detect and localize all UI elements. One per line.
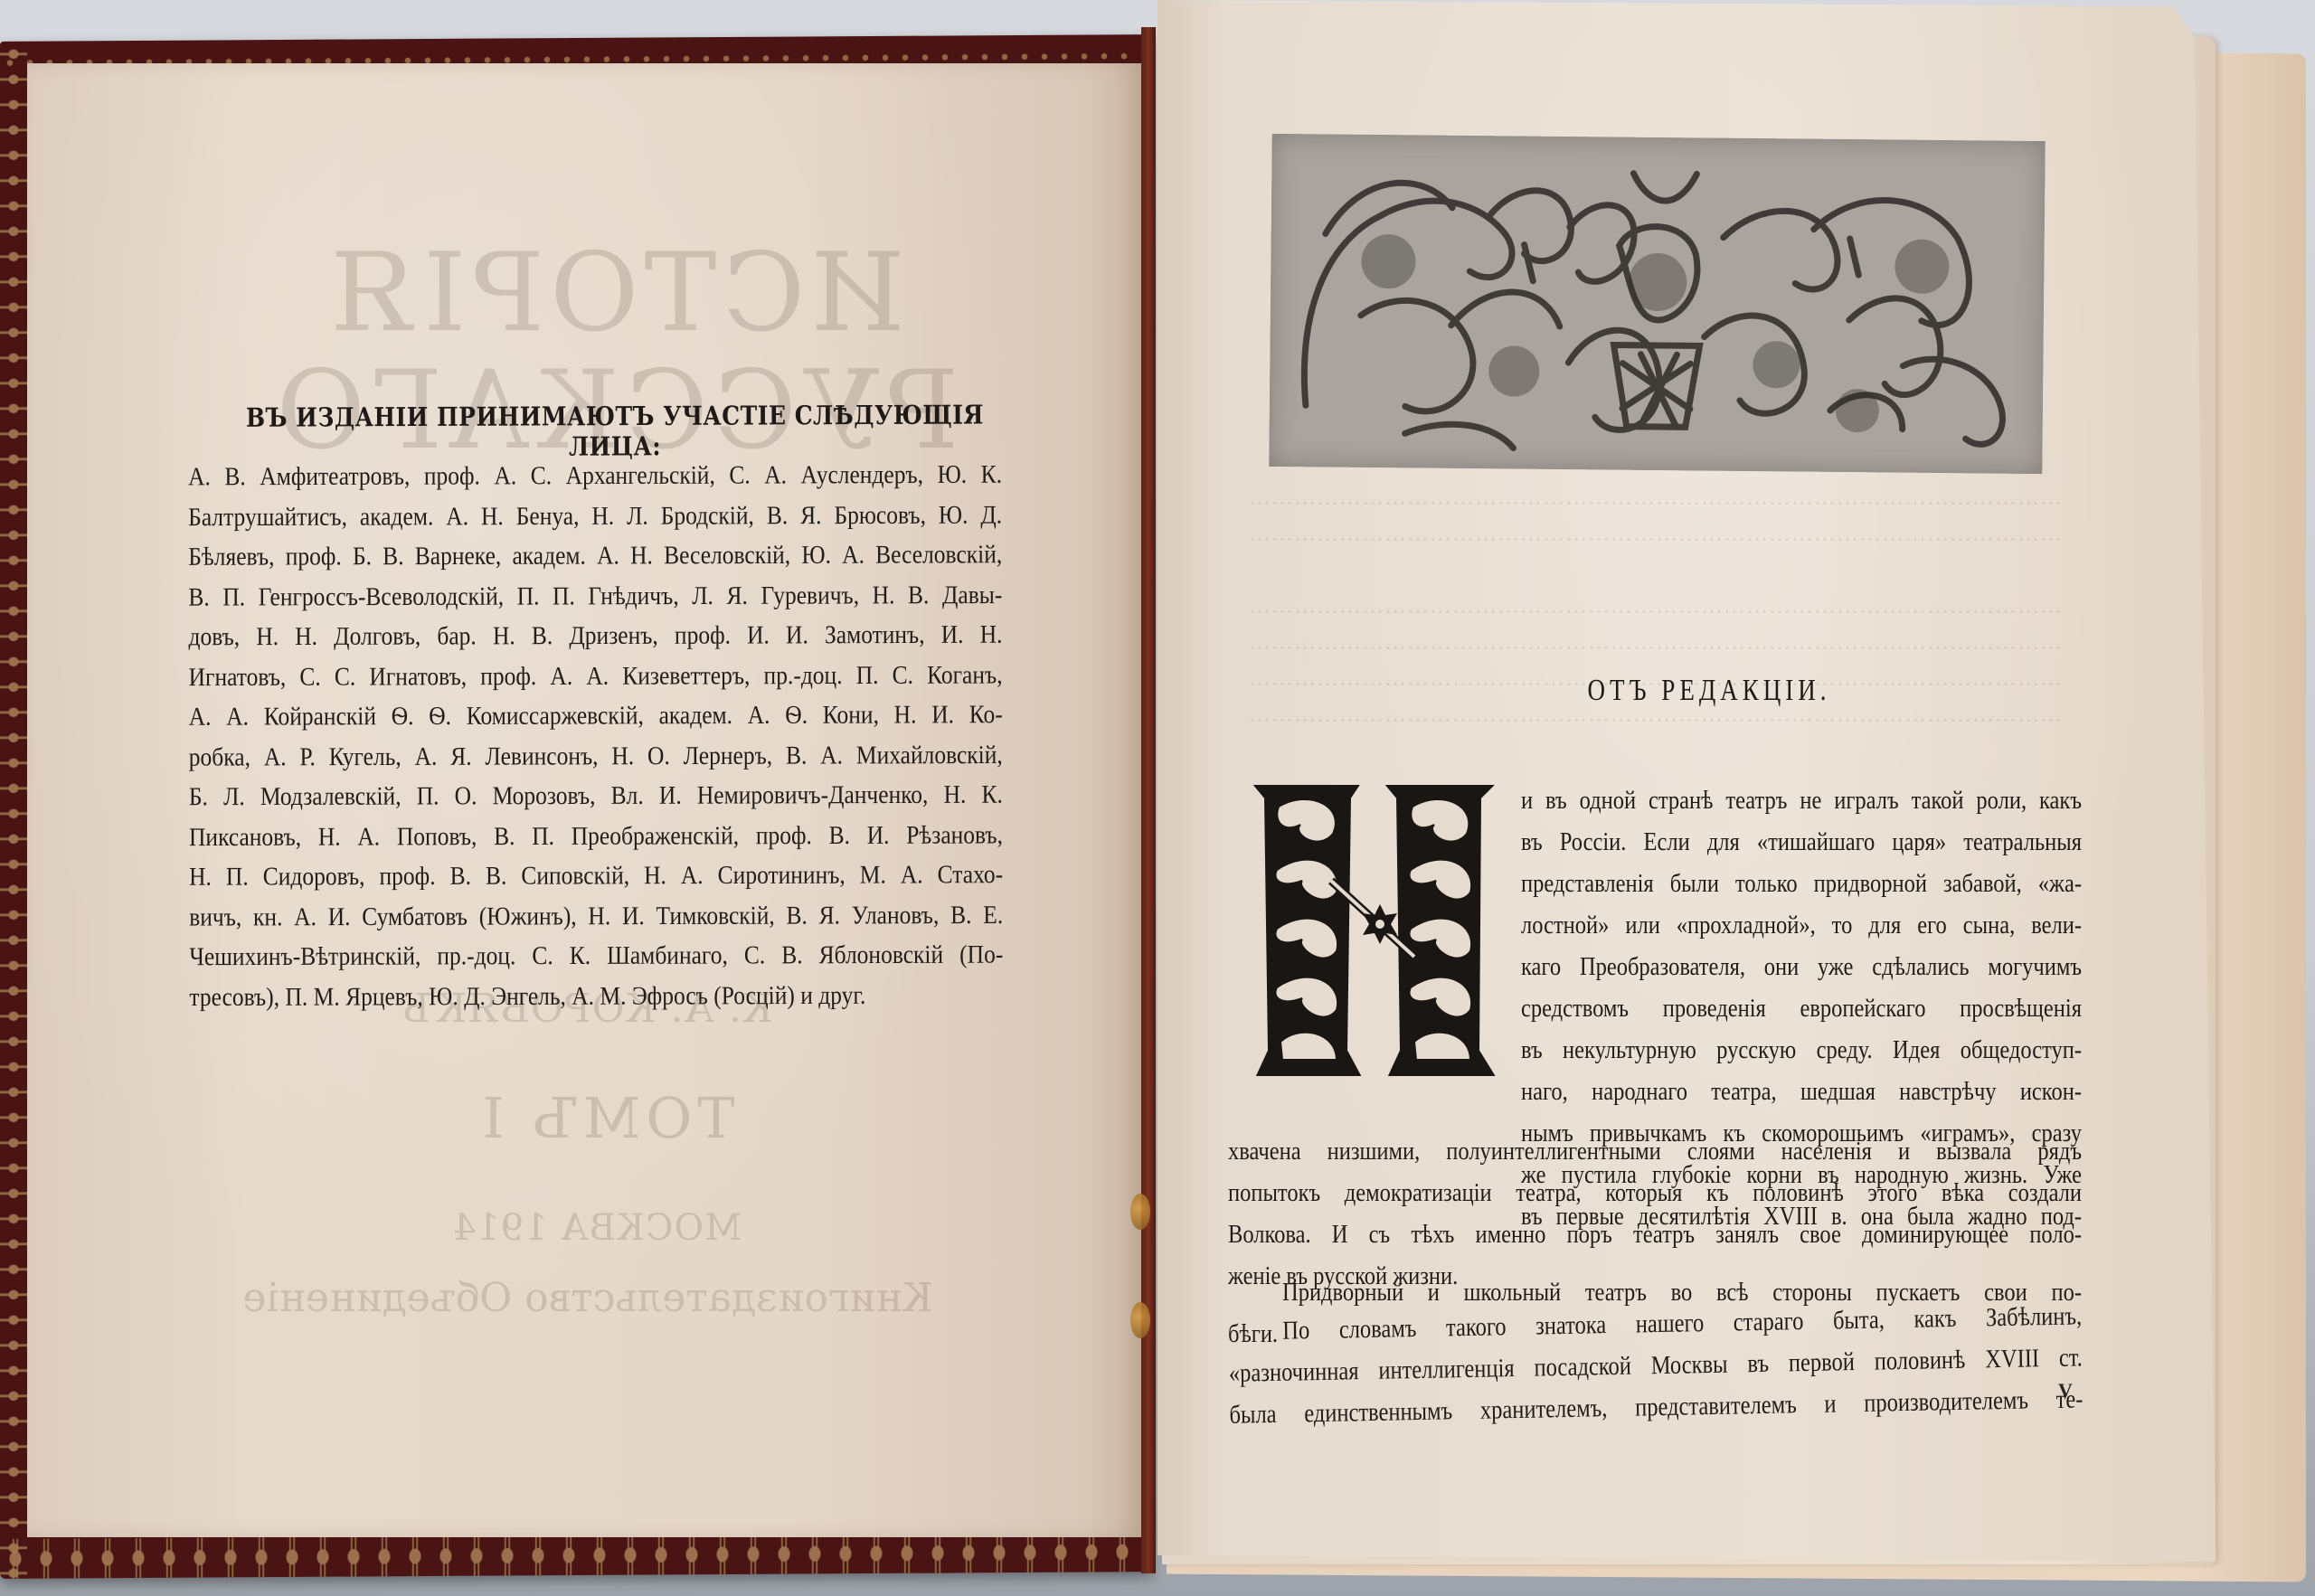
contributors-line: вичъ, кн. А. И. Сумбатовъ (Южинъ), Н. И.… xyxy=(189,894,1003,937)
contributors-line: Б. Л. Модзалевскій, П. О. Морозовъ, Вл. … xyxy=(189,774,1003,817)
ghost-volume: ТОМЪ I xyxy=(434,1085,778,1151)
text-line: попытокъ демократизаціи театра, которыя … xyxy=(1228,1172,2082,1214)
ghost-city-year: МОСКВА 1914 xyxy=(416,1207,778,1249)
contributors-line: Бѣляевъ, проф. Б. В. Варнеке, академ. А.… xyxy=(188,534,1002,577)
contributors-line: Балтрушайтисъ, академ. А. Н. Бенуа, Н. Л… xyxy=(188,495,1002,537)
paragraph-zabelin-quote: По словамъ такого знатока нашего стараго… xyxy=(1228,1296,2083,1437)
text-line: Волкова. И съ тѣхъ именно поръ театръ за… xyxy=(1228,1214,2082,1255)
page-number: V xyxy=(2058,1379,2073,1402)
contributors-line: Н. П. Сидоровъ, проф. В. В. Сиповскій, Н… xyxy=(189,855,1003,897)
text-line: хвачена низшими, полуинтеллигентными сло… xyxy=(1228,1130,2082,1172)
text-line: представленія были только придворной заб… xyxy=(1521,863,2082,904)
book-spine-gutter xyxy=(1141,27,1156,1573)
contributors-list: А. В. Амфитеатровъ, проф. А. С. Архангел… xyxy=(188,454,1003,1016)
text-line: и въ одной странѣ театръ не игралъ такой… xyxy=(1521,779,2082,821)
glue-residue xyxy=(1130,1194,1150,1230)
ghost-publisher: Книгоиздательство Объединеніе xyxy=(226,1275,950,1321)
text-line: каго Преобразователя, они уже сдѣлались … xyxy=(1521,946,2082,987)
contributors-line: А. В. Амфитеатровъ, проф. А. С. Архангел… xyxy=(188,454,1002,496)
text-line: лостной» или «прохладной», то для его сы… xyxy=(1521,904,2082,946)
text-line: средствомъ проведенія европейскаго просв… xyxy=(1521,987,2082,1029)
contributors-line: робка, А. Р. Кугель, А. Я. Левинсонъ, Н.… xyxy=(189,734,1003,777)
contributors-line: тресовъ), П. М. Ярцевъ, Ю. Д. Энгель, А.… xyxy=(189,974,1003,1016)
gilt-border-left xyxy=(0,42,27,1579)
illuminated-drop-cap-icon xyxy=(1246,779,1503,1083)
text-line: наго, народнаго театра, шедшая навстрѣчу… xyxy=(1521,1071,2082,1112)
contributors-line: Пиксановъ, Н. А. Поповъ, В. П. Преображе… xyxy=(189,815,1003,857)
contributors-line: довъ, Н. Н. Долговъ, бар. Н. В. Дризенъ,… xyxy=(188,614,1002,656)
text-line: въ Россіи. Если для «тишайшаго царя» теа… xyxy=(1521,821,2082,863)
text-line: въ некультурную русскую среду. Идея обще… xyxy=(1521,1029,2082,1071)
contributors-line: Игнатовъ, С. С. Игнатовъ, проф. А. А. Ки… xyxy=(189,655,1003,697)
rococo-ornament-icon xyxy=(1269,134,2045,474)
gilt-border-bottom xyxy=(0,1532,1153,1579)
contributors-heading: ВЪ ИЗДАНІИ ПРИНИМАЮТЪ УЧАСТІЕ СЛѢДУЮЩІЯ … xyxy=(208,400,1022,463)
ghost-title-line1: ИСТОРІЯ xyxy=(262,231,968,356)
section-title: ОТЪ РЕДАКЦІИ. xyxy=(1483,673,1935,708)
contributors-line: А. А. Койранскій Ѳ. Ѳ. Комиссаржевскій, … xyxy=(189,694,1003,737)
glue-residue xyxy=(1130,1302,1150,1338)
contributors-line: В. П. Генгроссъ-Всеволодскій, П. П. Гнѣд… xyxy=(188,574,1002,617)
contributors-line: Чешихинъ-Вѣтринскій, пр.-доц. С. К. Шамб… xyxy=(189,934,1003,977)
